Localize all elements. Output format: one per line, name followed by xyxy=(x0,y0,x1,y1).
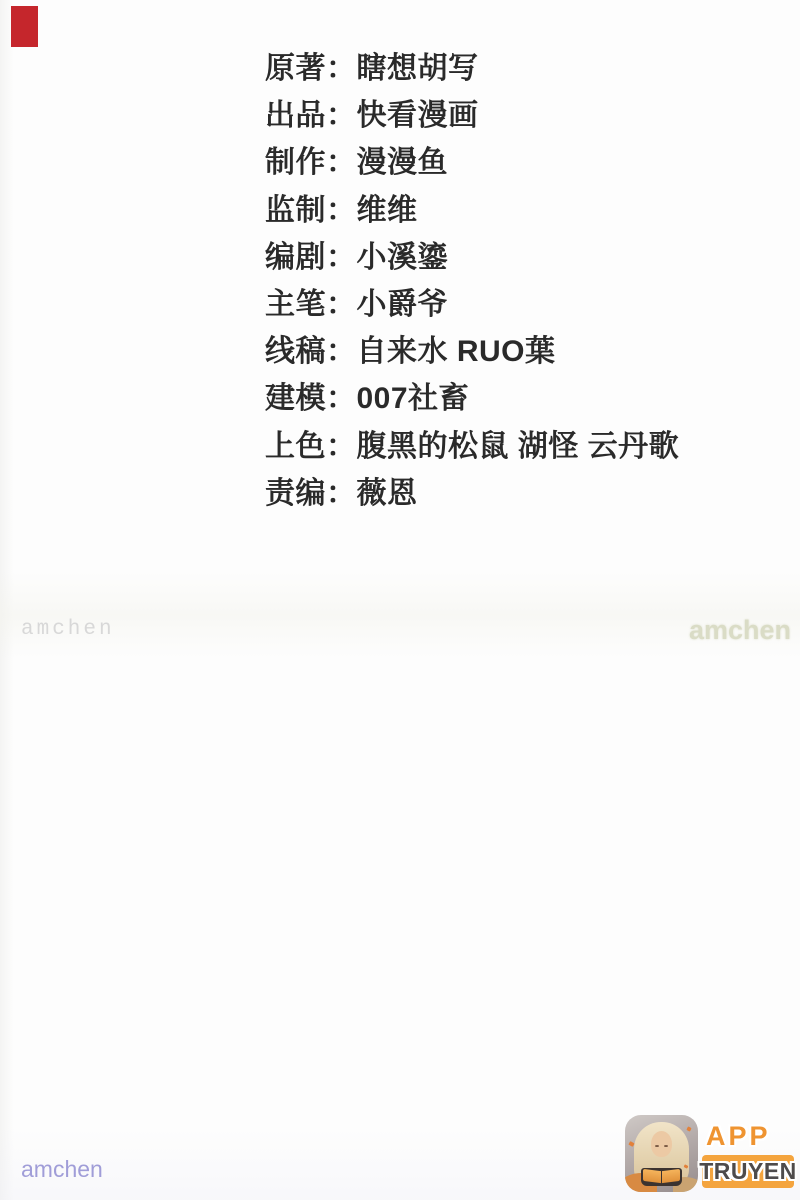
credit-value: 快看漫画 xyxy=(357,99,479,132)
credit-value: 薇恩 xyxy=(357,477,418,510)
credit-label: 责编： xyxy=(265,477,357,510)
credit-line-production: 制作：漫漫鱼 xyxy=(265,139,679,186)
credit-line-modeling: 建模：007社畜 xyxy=(265,375,679,422)
app-truyen-logo: APP TRUYEN xyxy=(622,1113,797,1198)
icon-eye xyxy=(664,1145,668,1147)
logo-app-text: APP xyxy=(706,1121,771,1152)
credit-value: 小溪鎏 xyxy=(357,241,449,274)
credits-list: 原著：瞎想胡写 出品：快看漫画 制作：漫漫鱼 监制：维维 编剧：小溪鎏 主笔：小… xyxy=(265,45,679,517)
credit-label: 出品： xyxy=(265,99,357,132)
reading-character-icon xyxy=(625,1115,698,1192)
mid-page-shading xyxy=(0,572,800,658)
credit-label: 建模： xyxy=(265,382,357,415)
credit-label: 上色： xyxy=(265,430,357,463)
watermark-right: amchen xyxy=(689,615,791,646)
credit-line-lead-artist: 主笔：小爵爷 xyxy=(265,281,679,328)
credit-line-editor: 责编：薇恩 xyxy=(265,470,679,517)
icon-eye xyxy=(655,1145,659,1147)
credit-value: 007社畜 xyxy=(357,382,470,415)
icon-face xyxy=(651,1131,672,1157)
credit-line-screenwriter: 编剧：小溪鎏 xyxy=(265,234,679,281)
credit-value: 小爵爷 xyxy=(357,288,449,321)
credit-value: 维维 xyxy=(357,194,418,227)
credit-value: 腹黑的松鼠 湖怪 云丹歌 xyxy=(357,430,680,463)
icon-butterfly xyxy=(686,1126,691,1131)
red-marker xyxy=(11,6,38,47)
credit-value: 自来水 RUO葉 xyxy=(357,335,556,368)
watermark-left: amchen xyxy=(21,618,115,641)
logo-truyen-text: TRUYEN xyxy=(699,1158,797,1185)
logo-truyen-banner: TRUYEN xyxy=(702,1155,794,1188)
credit-label: 原著： xyxy=(265,52,357,85)
icon-book-page xyxy=(662,1169,680,1183)
credit-value: 漫漫鱼 xyxy=(357,146,449,179)
credit-value: 瞎想胡写 xyxy=(357,52,479,85)
credits-page: 原著：瞎想胡写 出品：快看漫画 制作：漫漫鱼 监制：维维 编剧：小溪鎏 主笔：小… xyxy=(0,0,800,1200)
credit-line-coloring: 上色：腹黑的松鼠 湖怪 云丹歌 xyxy=(265,423,679,470)
credit-line-producer: 出品：快看漫画 xyxy=(265,92,679,139)
icon-book xyxy=(641,1168,682,1186)
credit-line-supervisor: 监制：维维 xyxy=(265,187,679,234)
credit-label: 主笔： xyxy=(265,288,357,321)
credit-label: 监制： xyxy=(265,194,357,227)
credit-label: 编剧： xyxy=(265,241,357,274)
credit-line-original-author: 原著：瞎想胡写 xyxy=(265,45,679,92)
watermark-bottom: amchen xyxy=(21,1156,103,1183)
icon-book-page xyxy=(643,1169,661,1183)
credit-line-lineart: 线稿：自来水 RUO葉 xyxy=(265,328,679,375)
credit-label: 线稿： xyxy=(265,335,357,368)
credit-label: 制作： xyxy=(265,146,357,179)
